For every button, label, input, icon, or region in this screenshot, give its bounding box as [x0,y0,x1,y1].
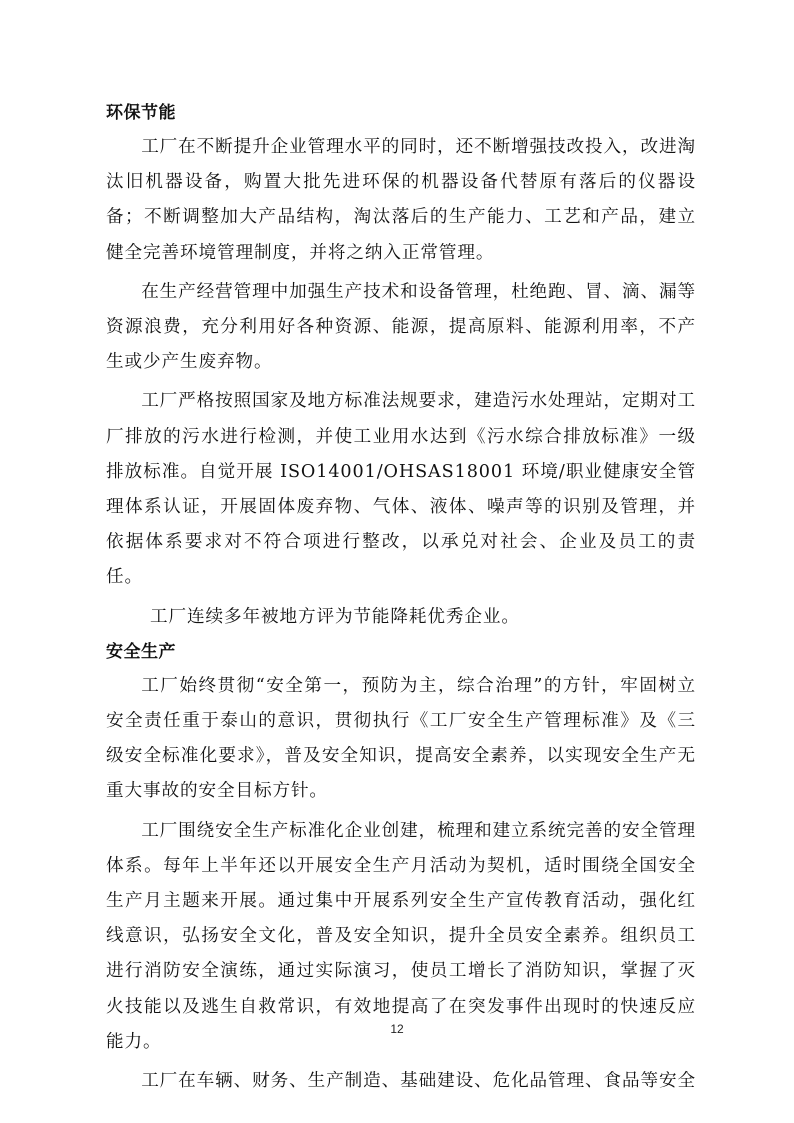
paragraph: 工厂连续多年被地方评为节能降耗优秀企业。 [106,600,696,635]
paragraph: 工厂在车辆、财务、生产制造、基础建设、危化品管理、食品等安全 [106,1064,696,1099]
section-heading-safety: 安全生产 [106,635,696,669]
paragraph: 工厂在不断提升企业管理水平的同时，还不断增强技改投入，改进淘汰旧机器设备，购置大… [106,130,696,271]
paragraph: 工厂严格按照国家及地方标准法规要求，建造污水处理站，定期对工厂排放的污水进行检测… [106,384,696,595]
page-number: 12 [0,1022,794,1036]
paragraph: 在生产经营管理中加强生产技术和设备管理，杜绝跑、冒、滴、漏等资源浪费，充分利用好… [106,275,696,381]
paragraph: 工厂始终贯彻“安全第一，预防为主，综合治理”的方针，牢固树立安全责任重于泰山的意… [106,669,696,810]
section-heading-environmental: 环保节能 [106,96,696,130]
document-body: 环保节能 工厂在不断提升企业管理水平的同时，还不断增强技改投入，改进淘汰旧机器设… [106,96,696,1099]
